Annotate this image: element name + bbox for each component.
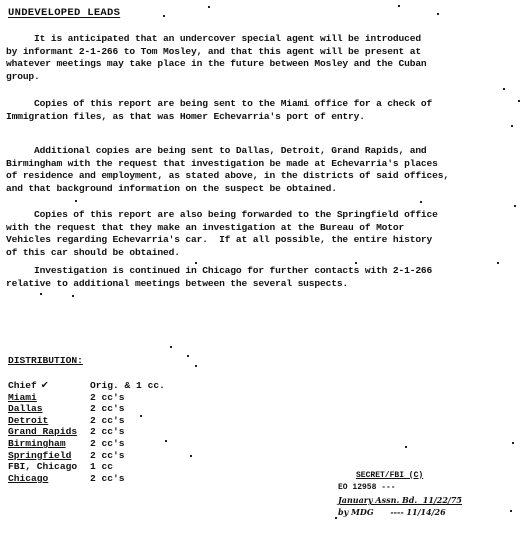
recipient-name: Springfield <box>8 450 90 462</box>
copies-count: 1 cc <box>90 461 113 473</box>
distribution-row: Chicago2 cc's <box>8 473 165 485</box>
distribution-copies: Orig. & 1 cc. <box>90 380 165 392</box>
copies-count: 2 cc's <box>90 392 125 404</box>
distribution-recipient: Chief✔ <box>8 380 90 392</box>
declassification-stamp: SECRET/FBI (C) EO 12958 --- January Assn… <box>338 470 462 518</box>
distribution-list: Chief✔ Orig. & 1 cc. Miami2 cc'sDallas2 … <box>8 380 165 484</box>
paragraph-springfield-copies: Copies of this report are also being for… <box>6 209 518 259</box>
distribution-heading: DISTRIBUTION: <box>8 355 83 366</box>
check-mark-icon: ✔ <box>41 380 49 391</box>
distribution-row: FBI, Chicago1 cc <box>8 461 165 473</box>
document-page: UNDEVELOPED LEADS It is anticipated that… <box>0 0 523 546</box>
distribution-row: Detroit2 cc's <box>8 415 165 427</box>
section-heading: UNDEVELOPED LEADS <box>8 7 120 19</box>
copies-count: 2 cc's <box>90 403 125 415</box>
recipient-name: Detroit <box>8 415 90 427</box>
recipient-name: Grand Rapids <box>8 426 90 438</box>
stamp-line-authority: EO 12958 --- <box>338 482 462 494</box>
stamp-line-signature: by MDG ---- 11/14/26 <box>338 506 462 518</box>
stamp-line-review: January Assn. Bd. 11/22/75 <box>338 494 462 506</box>
paragraph-undercover-agent: It is anticipated that an undercover spe… <box>6 33 518 83</box>
copies-count: 2 cc's <box>90 450 125 462</box>
recipient-name: FBI, Chicago <box>8 461 90 473</box>
copies-count: 2 cc's <box>90 426 125 438</box>
recipient-name: Chicago <box>8 473 90 485</box>
paragraph-miami-copies: Copies of this report are being sent to … <box>6 98 518 123</box>
distribution-row: Birmingham2 cc's <box>8 438 165 450</box>
distribution-row: Springfield2 cc's <box>8 450 165 462</box>
distribution-row: Dallas2 cc's <box>8 403 165 415</box>
recipient-name: Miami <box>8 392 90 404</box>
recipient-name: Birmingham <box>8 438 90 450</box>
distribution-row: Grand Rapids2 cc's <box>8 426 165 438</box>
paragraph-investigation-continued: Investigation is continued in Chicago fo… <box>6 265 518 290</box>
recipient-name: Chief <box>8 380 37 391</box>
copies-count: 2 cc's <box>90 415 125 427</box>
recipient-name: Dallas <box>8 403 90 415</box>
distribution-row: Miami2 cc's <box>8 392 165 404</box>
stamp-line-classification: SECRET/FBI (C) <box>338 470 462 482</box>
copies-count: 2 cc's <box>90 473 125 485</box>
distribution-header-row: Chief✔ Orig. & 1 cc. <box>8 380 165 392</box>
paragraph-additional-copies: Additional copies are being sent to Dall… <box>6 145 518 195</box>
copies-count: 2 cc's <box>90 438 125 450</box>
